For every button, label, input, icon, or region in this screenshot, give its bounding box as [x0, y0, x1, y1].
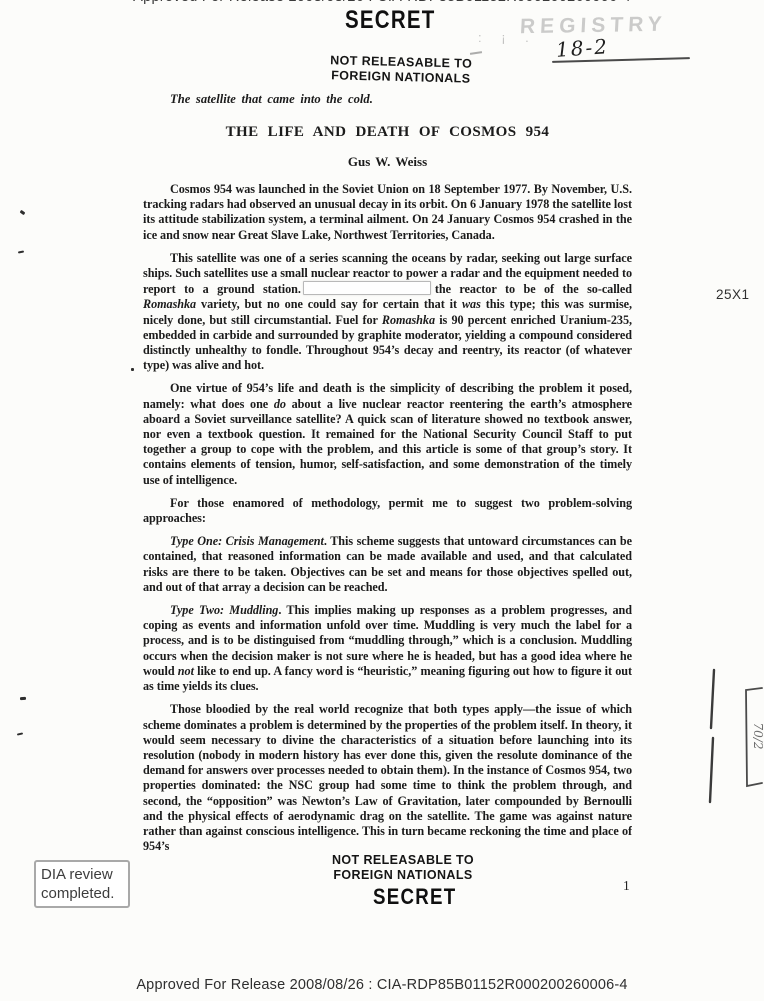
text-segment: For those enamored of methodology, permi…	[143, 496, 632, 525]
ink-speck	[20, 697, 26, 701]
secret-stamp-bottom: SECRET	[373, 884, 457, 910]
paragraph: For those enamored of methodology, permi…	[143, 496, 632, 526]
not-releasable-stamp-top: NOT RELEASABLE TO FOREIGN NATIONALS	[330, 53, 473, 86]
text-segment: not	[178, 664, 194, 678]
paragraph: Type One: Crisis Management. This scheme…	[143, 534, 632, 595]
secret-stamp-top: SECRET	[345, 6, 436, 35]
redaction-box	[303, 281, 431, 295]
paragraph: This satellite was one of a series scann…	[143, 251, 632, 374]
page-title: THE LIFE AND DEATH OF COSMOS 954	[143, 124, 632, 141]
registry-stamp-fragment: : ¡ .	[478, 30, 537, 45]
text-segment: Romashka	[143, 297, 196, 311]
not-releasable-line2: FOREIGN NATIONALS	[332, 868, 474, 883]
not-releasable-line2: FOREIGN NATIONALS	[330, 68, 472, 86]
text-segment: was	[462, 297, 481, 311]
handwritten-number: 18-2	[555, 34, 609, 62]
epigraph: The satellite that came into the cold.	[170, 92, 632, 107]
text-segment: like to end up. A fancy word is “heurist…	[143, 664, 632, 693]
text-segment: Type One: Crisis Management	[170, 534, 324, 548]
margin-handwriting-text: 70/2	[751, 723, 764, 750]
ink-speck	[131, 368, 134, 371]
article-body: Cosmos 954 was launched in the Soviet Un…	[143, 182, 632, 854]
text-segment: Cosmos 954 was launched in the Soviet Un…	[143, 182, 632, 242]
text-segment: the reactor to be of the so-called	[435, 282, 632, 296]
author-byline: Gus W. Weiss	[143, 154, 632, 170]
article-column: The satellite that came into the cold. T…	[143, 92, 632, 868]
handwritten-dash	[470, 51, 482, 55]
paragraph: Type Two: Muddling. This implies making …	[143, 603, 632, 694]
paragraph: Cosmos 954 was launched in the Soviet Un…	[143, 182, 632, 243]
release-footer-line: Approved For Release 2008/08/26 : CIA-RD…	[0, 977, 764, 993]
text-segment: Type Two: Muddling	[170, 603, 278, 617]
margin-code-25x1: 25X1	[716, 287, 750, 302]
ink-speck	[17, 732, 23, 735]
paragraph: Those bloodied by the real world recogni…	[143, 702, 632, 854]
ink-speck	[18, 250, 24, 253]
not-releasable-stamp-bottom: NOT RELEASABLE TO FOREIGN NATIONALS	[332, 853, 474, 883]
not-releasable-line1: NOT RELEASABLE TO	[332, 853, 474, 868]
top-clipped-release-line: Approved For Release 2008/08/26 : CIA-RD…	[0, 0, 764, 5]
text-segment: Those bloodied by the real world recogni…	[143, 702, 632, 853]
page-number: 1	[623, 878, 630, 894]
text-segment: variety, but no one could say for certai…	[196, 297, 462, 311]
margin-handwritten-marks: 70/2	[700, 658, 764, 818]
document-page: Approved For Release 2008/08/26 : CIA-RD…	[0, 0, 764, 1001]
paragraph: One virtue of 954’s life and death is th…	[143, 381, 632, 487]
text-segment: do	[274, 397, 286, 411]
ink-speck	[20, 210, 26, 215]
dia-review-box: DIA review completed.	[34, 860, 130, 908]
text-segment: Romashka	[382, 313, 435, 327]
